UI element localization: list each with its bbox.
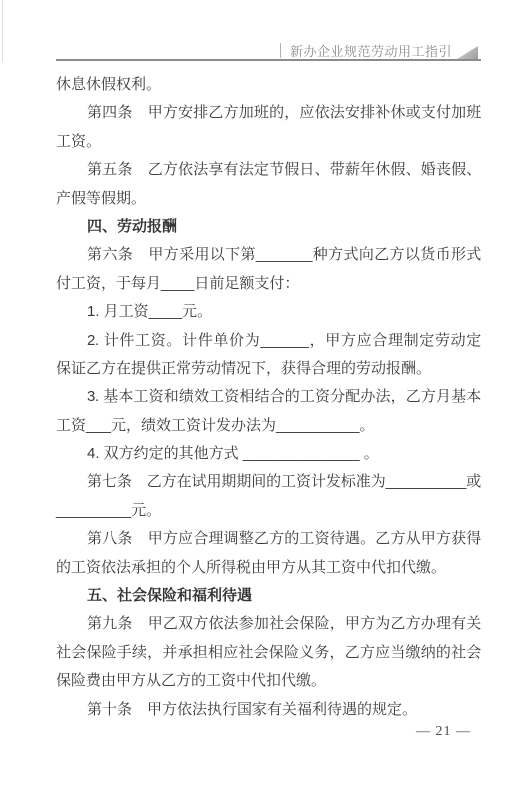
- document-page: 新办企业规范劳动用工指引 休息休假权利。第四条 甲方安排乙方加班的，应依法安排补…: [0, 0, 529, 794]
- text-line: 2. 计件工资。计件单价为______，甲方应合理制定劳动定额，: [56, 327, 481, 355]
- text-line: 的工资依法承担的个人所得税由甲方从其工资中代扣代缴。: [56, 554, 481, 582]
- text-line: 第五条 乙方依法享有法定节假日、带薪年休假、婚丧假、: [56, 156, 481, 184]
- text-line: 第七条 乙方在试用期期间的工资计发标准为__________或: [56, 468, 481, 496]
- text-line: 1. 月工资____元。: [56, 298, 481, 326]
- text-line: 3. 基本工资和绩效工资相结合的工资分配办法，乙方月基本: [56, 383, 481, 411]
- header-divider-bar: [280, 43, 281, 58]
- page-number: — 21 —: [416, 724, 471, 740]
- text-line: 第十条 甲方依法执行国家有关福利待遇的规定。: [56, 696, 481, 724]
- page-header: 新办企业规范劳动用工指引: [280, 41, 452, 60]
- text-line: 第八条 甲方应合理调整乙方的工资待遇。乙方从甲方获得: [56, 525, 481, 553]
- section-heading: 四、劳动报酬: [56, 213, 481, 241]
- page-edge-artifact: [2, 0, 3, 62]
- text-line: 社会保险手续，并承担相应社会保险义务，乙方应当缴纳的社会: [56, 639, 481, 667]
- header-title: 新办企业规范劳动用工指引: [290, 41, 452, 60]
- text-line: 保证乙方在提供正常劳动情况下，获得合理的劳动报酬。: [56, 355, 481, 383]
- text-line: 第四条 甲方安排乙方加班的，应依法安排补休或支付加班: [56, 99, 481, 127]
- text-line: 产假等假期。: [56, 185, 481, 213]
- text-line: 工资___元，绩效工资计发办法为__________。: [56, 412, 481, 440]
- section-heading: 五、社会保险和福利待遇: [56, 582, 481, 610]
- text-line: 工资。: [56, 128, 481, 156]
- text-line: 4. 双方约定的其他方式 ______________ 。: [56, 440, 481, 468]
- text-line: 付工资，于每月____日前足额支付：: [56, 270, 481, 298]
- text-line: 第六条 甲方采用以下第_______种方式向乙方以货币形式支: [56, 241, 481, 269]
- triangle-icon: [457, 46, 478, 59]
- text-line: 休息休假权利。: [56, 71, 481, 99]
- text-line: 保险费由甲方从乙方的工资中代扣代缴。: [56, 667, 481, 695]
- text-line: 第九条 甲乙双方依法参加社会保险，甲方为乙方办理有关: [56, 610, 481, 638]
- header-rule: [56, 59, 481, 61]
- document-body: 休息休假权利。第四条 甲方安排乙方加班的，应依法安排补休或支付加班工资。第五条 …: [56, 71, 481, 724]
- text-line: _________元。: [56, 497, 481, 525]
